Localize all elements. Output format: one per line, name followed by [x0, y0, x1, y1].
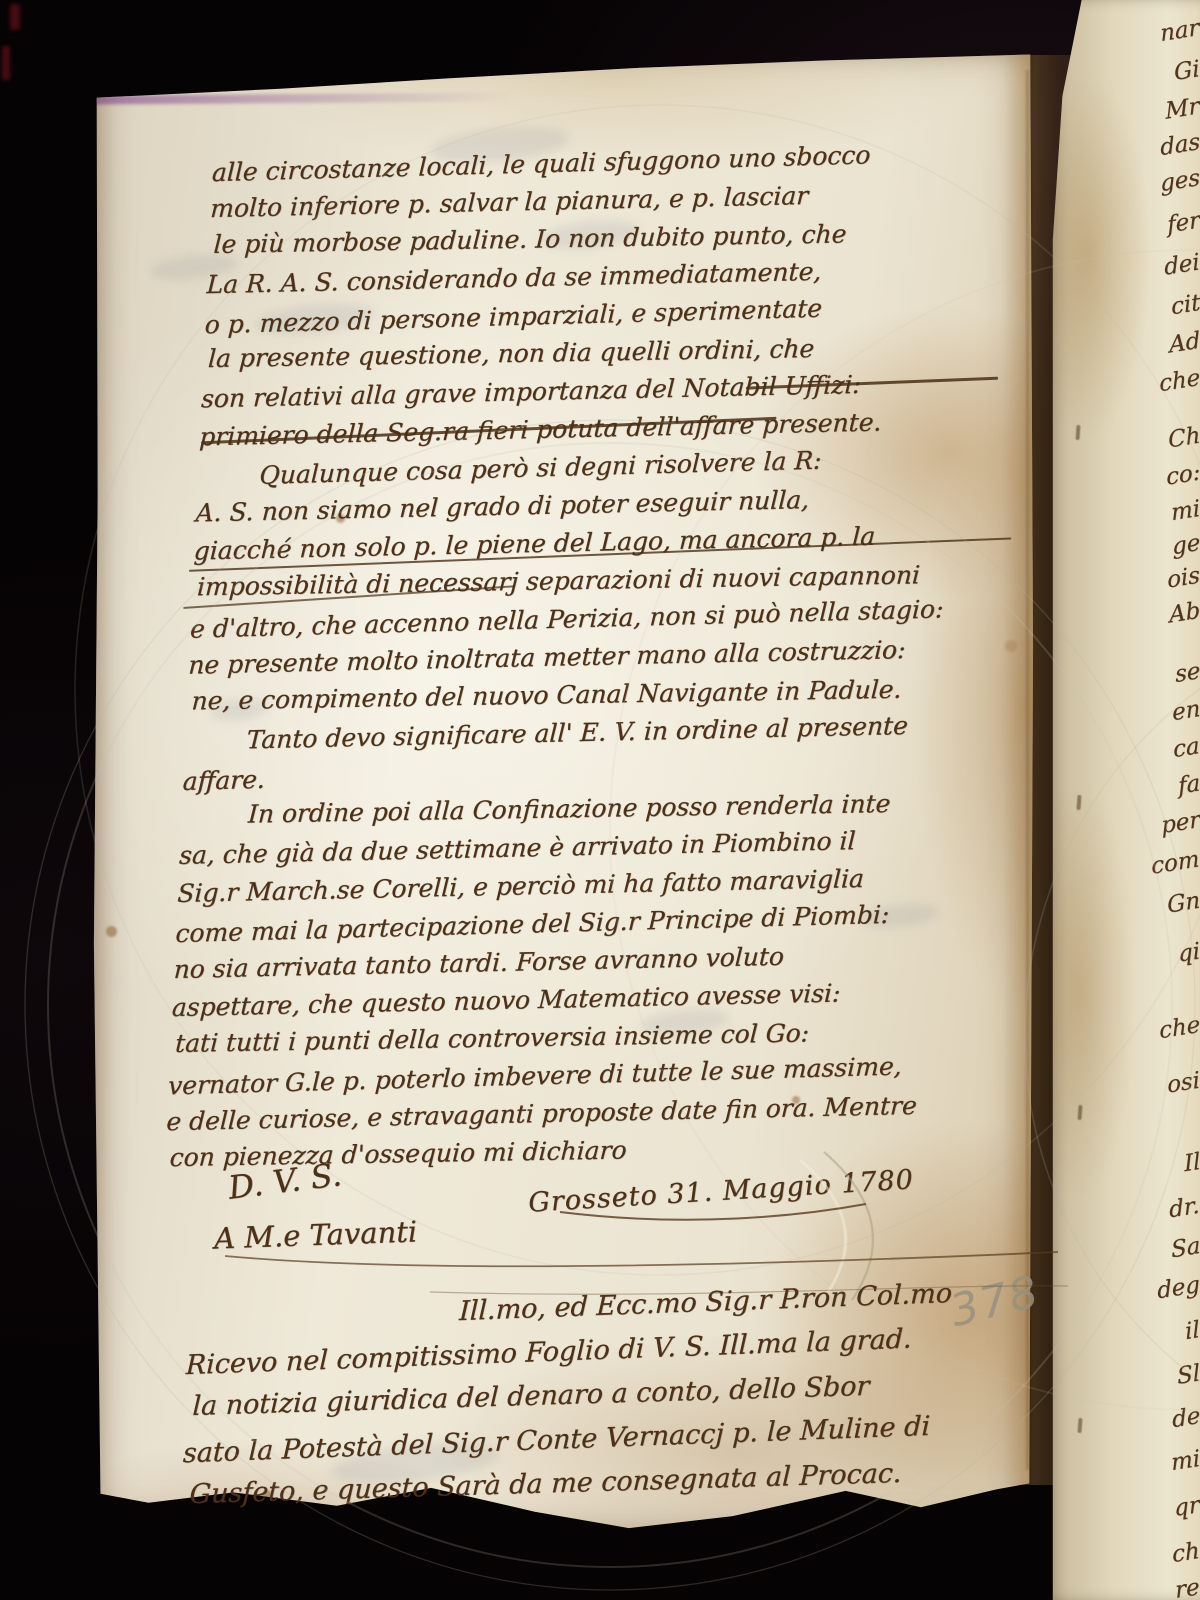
scan-artifact	[2, 46, 10, 80]
facing-page-text-fragment: osi	[1166, 1067, 1200, 1098]
facing-page-text-fragment: fa	[1177, 770, 1200, 800]
facing-page-text-fragment: co:	[1165, 459, 1200, 490]
facing-page-text-fragment: cit	[1170, 290, 1200, 321]
facing-page-text-fragment: Mr	[1165, 93, 1200, 124]
facing-page-text-fragment: re	[1175, 1574, 1200, 1600]
facing-page-text-fragment: en	[1171, 696, 1200, 726]
archival-photo: narGiMrdasgesferdeicitAdcheChco:migeoisA…	[0, 0, 1200, 1600]
facing-page-text-fragment: il	[1184, 1317, 1200, 1345]
facing-page-text-fragment: Il	[1183, 1149, 1200, 1178]
facing-page-text-fragment: se	[1174, 658, 1200, 688]
letter-body: alle circostanze locali, le quali sfuggo…	[164, 134, 1027, 1179]
letter2-lines: Ricevo nel compitissimo Foglio di V. S. …	[181, 1312, 1056, 1520]
facing-page-text-fragment: deg	[1156, 1272, 1200, 1305]
facing-page-text-fragment: ge	[1171, 530, 1200, 560]
facing-page-text-fragment: Gn	[1166, 887, 1200, 918]
facing-page-text-fragment: che	[1158, 365, 1200, 397]
page-top-edge-tint	[94, 93, 514, 105]
facing-page-text-fragment: Sl	[1176, 1360, 1200, 1390]
facing-page-text-fragment: qr	[1174, 1492, 1200, 1522]
facing-page-text-fragment: Ch	[1167, 422, 1200, 453]
facing-page-text-fragment: de	[1171, 1403, 1200, 1433]
facing-page-text-fragment: fer	[1166, 207, 1200, 238]
facing-page-text: narGiMrdasgesferdeicitAdcheChco:migeoisA…	[1040, 0, 1200, 1600]
facing-page-text-fragment: ois	[1166, 562, 1200, 593]
facing-page-text-fragment: Gi	[1174, 56, 1200, 86]
facing-page-text-fragment: Sa	[1170, 1233, 1200, 1264]
facing-page-text-fragment: ges	[1159, 165, 1200, 197]
facing-page-text-fragment: qi	[1177, 938, 1200, 967]
facing-page-text-fragment: dr.	[1169, 1193, 1200, 1224]
book-gutter-crease	[1026, 70, 1029, 1470]
letter1-lines: alle circostanze locali, le quali sfuggo…	[164, 134, 1027, 1179]
facing-page-text-fragment: com	[1151, 846, 1200, 880]
facing-page-text-fragment: che	[1158, 1012, 1200, 1044]
facing-page-text-fragment: mi	[1170, 1446, 1200, 1477]
facing-page-text-fragment: nar	[1160, 15, 1200, 47]
facing-page-text-fragment: das	[1159, 129, 1200, 161]
second-letter: Ill.mo, ed Ecc.mo Sig.r P.ron Col.mo Ric…	[181, 1268, 1058, 1520]
letter-addressee-note: A M.e Tavanti	[213, 1214, 417, 1255]
facing-page-text-fragment: Ab	[1168, 598, 1200, 629]
foxing-spot	[106, 926, 117, 937]
scan-artifact	[10, 4, 20, 30]
facing-page-text-fragment: Ad	[1168, 328, 1200, 359]
facing-page-text-fragment: mi	[1170, 496, 1200, 527]
facing-page-text-fragment: per	[1160, 807, 1200, 839]
facing-page-text-fragment: ch	[1172, 1538, 1200, 1568]
facing-page-text-fragment: dei	[1164, 249, 1200, 281]
facing-page-text-fragment: ca	[1173, 733, 1200, 763]
